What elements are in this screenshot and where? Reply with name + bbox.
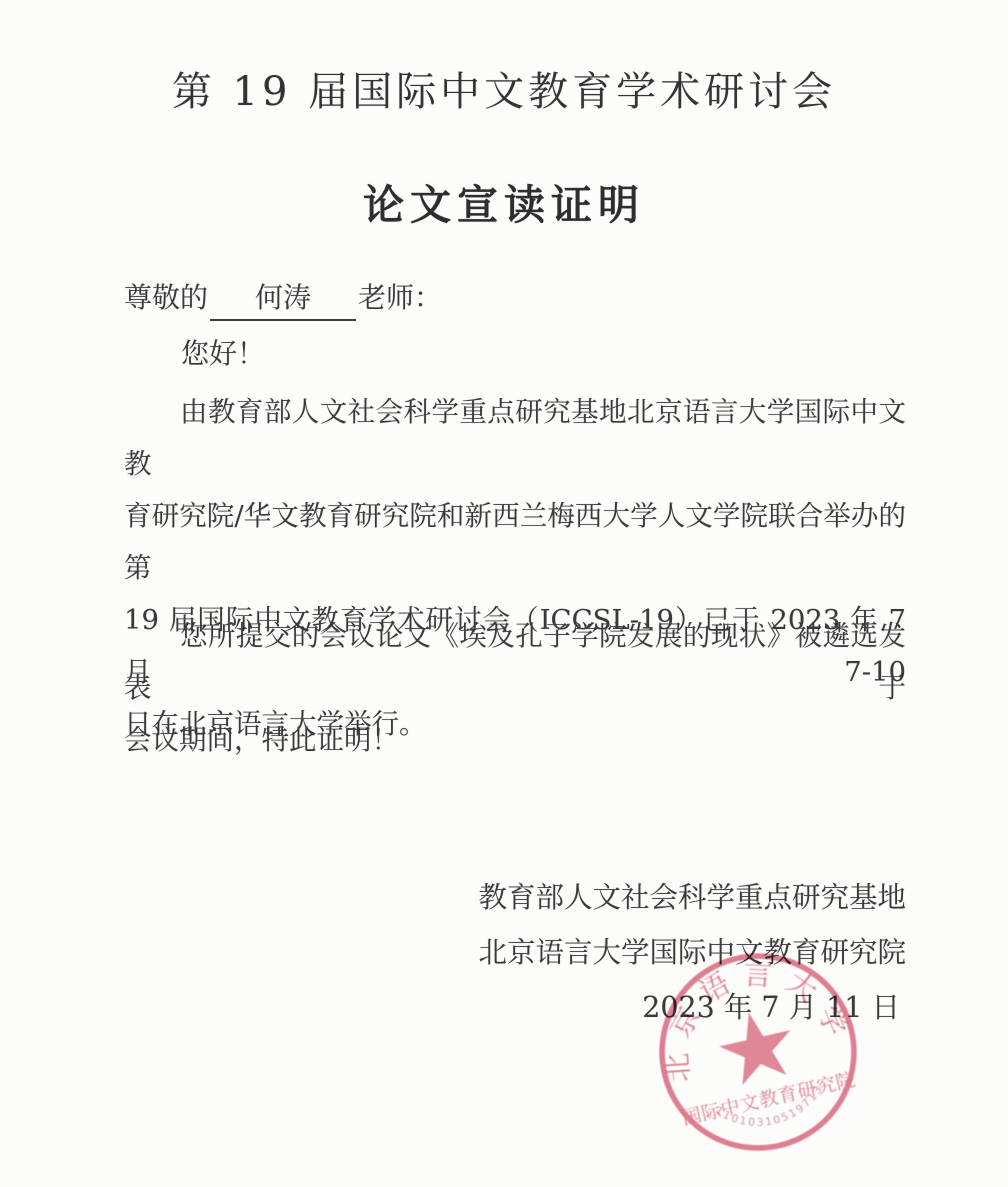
page-subtitle: 论文宣读证明 (0, 172, 1008, 231)
paragraph-line: 育研究院/华文教育研究院和新西兰梅西大学人文学院联合举办的第 (124, 490, 906, 594)
recipient-name: 何涛 (210, 276, 356, 321)
greeting-line: 您好！ (124, 332, 265, 372)
salutation-prefix: 尊敬的 (124, 281, 208, 314)
paragraph-line: 会议期间，特此证明！ (124, 714, 906, 766)
official-seal-stamp: 北京语言大学 ★ 国际中文教育研究院 11010310519713 (654, 948, 862, 1156)
certificate-page: 第 19 届国际中文教育学术研讨会 论文宣读证明 尊敬的何涛老师： 您好！ 由教… (0, 0, 1008, 1187)
paragraph-line: 您所提交的会议论文《埃及孔子学院发展的现状》被遴选发表于 (124, 610, 906, 714)
paragraph-line: 由教育部人文社会科学重点研究基地北京语言大学国际中文教 (124, 386, 906, 490)
salutation-line: 尊敬的何涛老师： (124, 276, 442, 321)
body-paragraph-2: 您所提交的会议论文《埃及孔子学院发展的现状》被遴选发表于 会议期间，特此证明！ (124, 610, 906, 766)
page-title: 第 19 届国际中文教育学术研讨会 (0, 60, 1008, 117)
signature-org-line1: 教育部人文社会科学重点研究基地 (478, 870, 906, 925)
salutation-suffix: 老师： (358, 281, 442, 314)
